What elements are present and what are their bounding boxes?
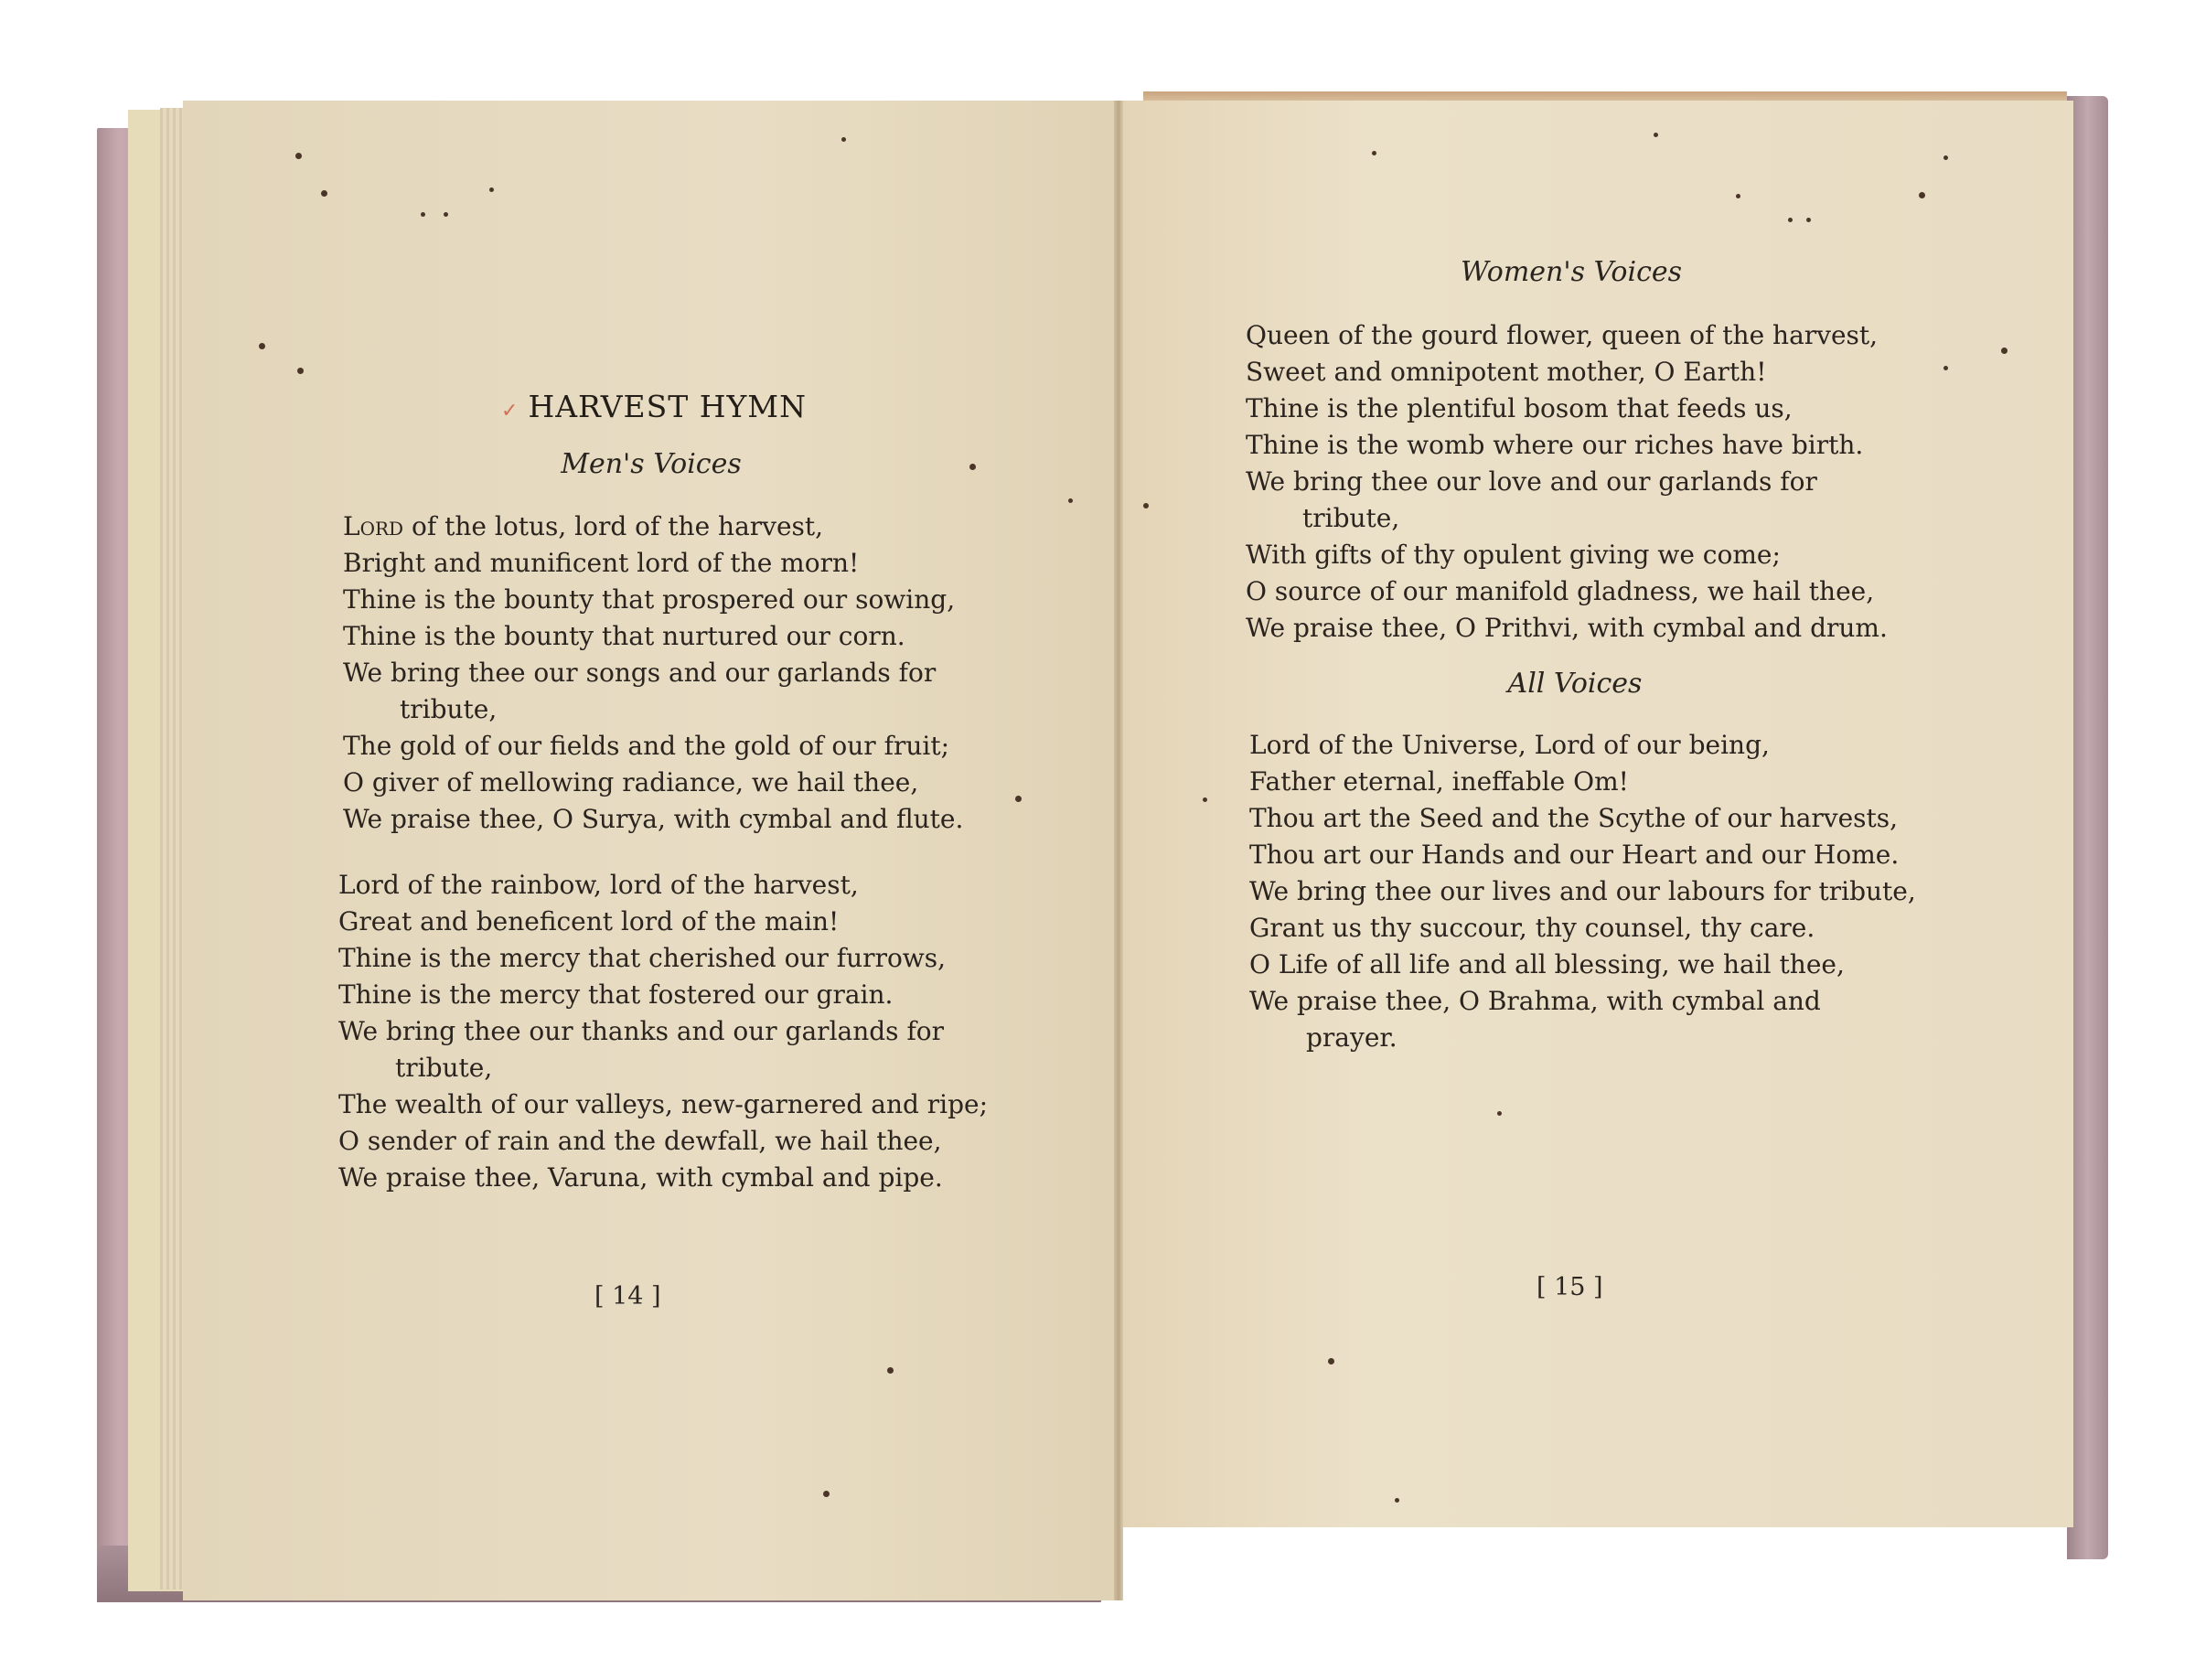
poem-line: We praise thee, O Surya, with cymbal and… — [343, 801, 963, 838]
poem-line: The gold of our fields and the gold of o… — [343, 728, 963, 765]
stanza-varuna: Lord of the rainbow, lord of the harvest… — [338, 867, 988, 1196]
spot-mark — [321, 190, 327, 197]
spot-mark — [421, 212, 425, 217]
poem-line: Sweet and omnipotent mother, O Earth! — [1246, 354, 1888, 391]
spot-mark — [2001, 348, 2008, 354]
poem-line: We bring thee our lives and our labours … — [1249, 873, 1916, 910]
poem-line: Bright and munificent lord of the morn! — [343, 545, 963, 582]
poem-line: We bring thee our songs and our garlands… — [343, 655, 963, 691]
poem-line: Queen of the gourd flower, queen of the … — [1246, 317, 1888, 354]
spot-mark — [259, 343, 265, 349]
poem-line-continuation: tribute, — [1246, 500, 1888, 537]
poem-line: Father eternal, ineffable Om! — [1249, 764, 1916, 800]
spot-mark — [1143, 503, 1149, 508]
spot-mark — [823, 1491, 830, 1497]
poem-line: Great and beneficent lord of the main! — [338, 904, 988, 940]
poem-line: Thine is the bounty that prospered our s… — [343, 582, 963, 618]
left-page — [183, 101, 1120, 1600]
spot-mark — [887, 1367, 894, 1374]
poem-line: Thine is the womb where our riches have … — [1246, 427, 1888, 464]
spot-mark — [1015, 796, 1022, 802]
spot-mark — [1806, 218, 1811, 222]
poem-line: Thine is the mercy that fostered our gra… — [338, 977, 988, 1013]
spot-mark — [1788, 218, 1793, 222]
poem-line: O giver of mellowing radiance, we hail t… — [343, 765, 963, 801]
stanza-surya: Lord of the lotus, lord of the harvest, … — [343, 508, 963, 838]
poem-line-text: of the lotus, lord of the harvest, — [412, 511, 823, 541]
section-heading-mens-voices: Men's Voices — [561, 448, 742, 480]
poem-line: The wealth of our valleys, new-garnered … — [338, 1086, 988, 1123]
book-gutter — [1114, 101, 1123, 1600]
spot-mark — [295, 153, 302, 159]
page-number-right: [ 15 ] — [1536, 1273, 1603, 1301]
spot-mark — [1943, 366, 1948, 370]
poem-line: Thine is the plentiful bosom that feeds … — [1246, 391, 1888, 427]
spot-mark — [1395, 1498, 1399, 1503]
page-number-left: [ 14 ] — [594, 1282, 661, 1311]
poem-line: We praise thee, Varuna, with cymbal and … — [338, 1160, 988, 1196]
spot-mark — [1328, 1358, 1334, 1364]
poem-line: Thine is the mercy that cherished our fu… — [338, 940, 988, 977]
spot-mark — [1943, 155, 1948, 160]
spot-mark — [297, 368, 304, 374]
poem-line: Thou art the Seed and the Scythe of our … — [1249, 800, 1916, 837]
spot-mark — [1203, 797, 1207, 802]
spot-mark — [841, 137, 846, 142]
poem-line: Thine is the bounty that nurtured our co… — [343, 618, 963, 655]
poem-title-text: HARVEST HYMN — [528, 389, 807, 424]
spot-mark — [444, 212, 448, 217]
spot-mark — [489, 187, 494, 192]
poem-line: O Life of all life and all blessing, we … — [1249, 947, 1916, 983]
poem-line-continuation: tribute, — [338, 1050, 988, 1086]
poem-line: Lord of the Universe, Lord of our being, — [1249, 727, 1916, 764]
poem-line: Thou art our Hands and our Heart and our… — [1249, 837, 1916, 873]
poem-line: O source of our manifold gladness, we ha… — [1246, 573, 1888, 610]
poem-line-continuation: tribute, — [343, 691, 963, 728]
spot-mark — [1372, 151, 1376, 155]
poem-line: Lord of the rainbow, lord of the harvest… — [338, 867, 988, 904]
poem-line: We bring thee our thanks and our garland… — [338, 1013, 988, 1050]
spot-mark — [1654, 133, 1658, 137]
poem-line: With gifts of thy opulent giving we come… — [1246, 537, 1888, 573]
drop-word: Lord — [343, 511, 403, 541]
spot-mark — [969, 464, 976, 470]
spot-mark — [1736, 194, 1740, 198]
poem-line-continuation: prayer. — [1249, 1020, 1916, 1056]
spot-mark — [1497, 1111, 1502, 1116]
section-heading-womens-voices: Women's Voices — [1461, 256, 1682, 288]
poem-line: We bring thee our love and our garlands … — [1246, 464, 1888, 500]
poem-line: We praise thee, O Prithvi, with cymbal a… — [1246, 610, 1888, 647]
section-heading-all-voices: All Voices — [1508, 668, 1643, 700]
poem-title: ✓HARVEST HYMN — [501, 389, 807, 424]
poem-line: O sender of rain and the dewfall, we hai… — [338, 1123, 988, 1160]
spot-mark — [1919, 192, 1925, 198]
poem-line: Lord of the lotus, lord of the harvest, — [343, 508, 963, 545]
poem-line: We praise thee, O Brahma, with cymbal an… — [1249, 983, 1916, 1020]
red-tick-mark: ✓ — [501, 400, 519, 423]
stanza-prithvi: Queen of the gourd flower, queen of the … — [1246, 317, 1888, 647]
poem-line: Grant us thy succour, thy counsel, thy c… — [1249, 910, 1916, 947]
stanza-brahma: Lord of the Universe, Lord of our being,… — [1249, 727, 1916, 1056]
spot-mark — [1068, 498, 1073, 503]
